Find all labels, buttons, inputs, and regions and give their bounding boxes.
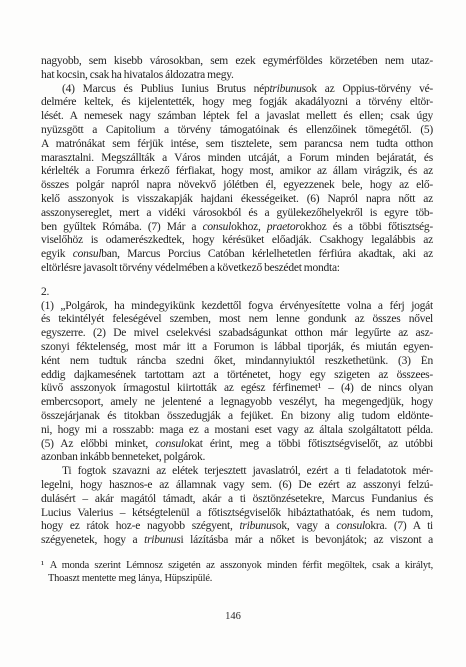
text-line: embercsoport, amely ne jelentené a legna… <box>41 396 433 410</box>
text-line: viselőhöz is odamerészkedtek, hogy kérés… <box>41 234 433 248</box>
footnote-marker: ¹ <box>41 560 50 571</box>
text-line: összes polgár napról napra növekvő jólét… <box>41 179 433 193</box>
text-line: egyszerre. (2) De mivel cselekvési szaba… <box>41 327 433 341</box>
text-line: küvő asszonyok írmagostul kiirtották az … <box>41 382 433 396</box>
text-line: Lucius Valerius – kétségtelenül a főtisz… <box>41 507 433 521</box>
text-line: azonban inkább benneteket, polgárok. <box>41 451 433 465</box>
text-line: delmére keltek, és kijelentették, hogy m… <box>41 96 433 110</box>
footnote-line: ¹ A monda szerint Lémnosz szigetén az as… <box>48 559 433 572</box>
text-line: ni, hogy mi a rosszabb: maga ez a mostan… <box>41 424 433 438</box>
text-line: (5) Az előbbi minket, consulokat érint, … <box>41 438 433 452</box>
section-heading: 2. <box>41 286 433 300</box>
text-line: eddig dajkamesének tartottam azt a törté… <box>41 369 433 383</box>
text-line: (4) Marcus és Publius Iunius Brutus népt… <box>41 83 433 97</box>
text-line: szonyi féktelenség, most már itt a Forum… <box>41 341 433 355</box>
text-line: hat kocsin, csak ha hivatalos áldozatra … <box>41 69 433 83</box>
body-text: nagyobb, sem kisebb városokban, sem ezek… <box>41 55 433 548</box>
text-line: kelő asszonyok is visszakapják hajdani é… <box>41 193 433 207</box>
book-page: nagyobb, sem kisebb városokban, sem ezek… <box>0 0 466 667</box>
text-line: eltörlésre javasolt törvény védelmében a… <box>41 262 433 276</box>
footnote-line: Thoaszt mentette meg lánya, Hüpszipülé. <box>48 572 433 585</box>
text-line: kérlelték a Forumra érkező férfiakat, ho… <box>41 165 433 179</box>
text-line: ben gyűltek Rómába. (7) Már a consulokho… <box>41 221 433 235</box>
text-line: nyüzsgött a Capitolium a törvény támogat… <box>41 124 433 138</box>
footnote: ¹ A monda szerint Lémnosz szigetén az as… <box>41 559 433 585</box>
page-number: 146 <box>0 611 466 622</box>
text-line: szégyenetek, hogy a tribunusi lázításba … <box>41 534 433 548</box>
text-line: ként nem tudtuk ráncba szedni őket, mind… <box>41 355 433 369</box>
text-line: marasztalni. Megszállták a Város minden … <box>41 152 433 166</box>
footnote-lines: ¹ A monda szerint Lémnosz szigetén az as… <box>48 559 433 585</box>
text-line: összejárjanak és titokban összedugják a … <box>41 410 433 424</box>
text-line: lését. A nemesek nagy számban léptek fel… <box>41 110 433 124</box>
text-line: és tekintélyét feleségével szemben, most… <box>41 313 433 327</box>
text-line: (1) „Polgárok, ha mindegyikünk kezdettől… <box>41 300 433 314</box>
text-line: asszonysereglet, mert a vidéki városokbó… <box>41 207 433 221</box>
text-line: nagyobb, sem kisebb városokban, sem ezek… <box>41 55 433 69</box>
text-line: A matrónákat sem férjük intése, sem tisz… <box>41 138 433 152</box>
text-line: legelni, hogy hasznos-e az államnak vagy… <box>41 479 433 493</box>
text-line: Ti fogtok szavazni az elétek terjesztett… <box>41 465 433 479</box>
text-line: hogy ez rátok hoz-e nagyobb szégyent, tr… <box>41 520 433 534</box>
text-line: egyik consulban, Marcus Porcius Catóban … <box>41 248 433 262</box>
text-line: dulásért – akár magától támadt, akár a t… <box>41 493 433 507</box>
